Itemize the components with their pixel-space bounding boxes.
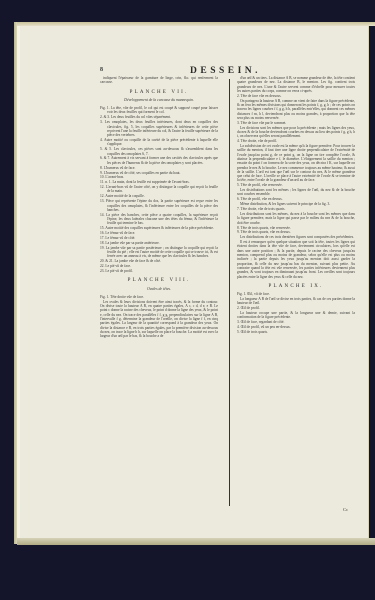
page-edge-top [17,22,375,26]
list-item: 20. & 21. La jambe vûe de face & de côté… [100,259,218,263]
list-item: 11. n. 1. La main, dont la feuille est s… [100,180,218,184]
plate-8-subtitle: Ovales de têtes. [100,287,218,291]
list-item: 5. & 5. Les clavicules, ces pièces sont … [100,147,218,156]
list-item: 8. Tête de trois quarts, vûe renversée. [237,226,355,230]
list-item: 2. Œil de profil. [237,306,355,310]
list-item: 19. La jambe vûe par sa partie postérieu… [100,246,218,259]
plate-8-entries: Fig. 1. Tête droite vûe de face. Les ova… [100,295,218,339]
plate-9-title: PLANCHE IX. [237,285,355,289]
list-item: Il est à remarquer qu'en quelque situati… [237,240,355,279]
catchword: Cc [343,507,348,512]
list-item: 14. La pièce des hanches, cette pièce a … [100,213,218,226]
list-item: 12. Autre moitié de la coquille. [100,194,218,198]
list-item: Les distributions de ces trois dernières… [237,235,355,239]
list-item: Fig. 1. Œil, vû de face. [237,292,355,296]
list-item: 5. Tête de profil, vûe renversée. [237,183,355,187]
list-item: Fig. 1. La tête, vûe de profil, le col q… [100,106,218,115]
list-item: 6. & 7. Autrement à vis servant à former… [100,156,218,165]
list-item: 9. Tête de trois quarts, vûe en dessus. [237,230,355,234]
list-item: La subdivision de cet ovale est la même … [237,144,355,183]
column-divider [229,79,230,506]
list-item: 15. Autre moitié des coquilles supérieur… [100,226,218,230]
list-item: 10. L'avant-bras. [100,175,218,179]
list-item: 4. Autre moitié ou coquille de la cavité… [100,138,218,147]
list-item: 4. Œil de profil, vû un peu en-dessus. [237,325,355,329]
list-item: 5. Œil de trois quarts. [237,330,355,334]
list-item: 18. La jambe vûe par sa partie antérieur… [100,241,218,245]
running-head: DESSEIN. [190,66,261,76]
list-item: 8. L'humerus vû de face. [100,166,218,170]
left-column: indiquent l'épaisseur de la garniture de… [100,76,218,339]
plate-7-entries: Fig. 1. La tête, vûe de profil, le col q… [100,106,218,273]
list-item: On partagera la hauteur A B, comme on vi… [237,99,355,120]
list-item: 3. Les omoplates, les deux feuilles inté… [100,120,218,137]
page-number: 8 [100,67,103,73]
list-item: 13. Pièce qui représente l'épine du dos,… [100,199,218,212]
list-item: Les ovales & leurs divisions doivent êtr… [100,300,218,339]
continued-text: d'un œil & un tiers. La distance A B, se… [237,76,355,93]
list-item: Les distributions sont les mêmes, du nez… [237,212,355,225]
list-item: 3. Tête de face vûe par le sommet. [237,121,355,125]
list-item: La hauteur occupe une partie, & la longu… [237,311,355,320]
list-item: 4. Tête droite, vûe de profil. [237,139,355,143]
list-item: 3. Œil de face, regardant de côté. [237,320,355,324]
plate-8-entries-continued: 2. Tête de face vûe en dessous. On parta… [237,94,355,279]
list-item: Les divisions sont les mêmes que pour la… [237,126,355,139]
list-item: Les distributions sont les mêmes ; les l… [237,188,355,197]
plate-7-title: PLANCHE VII. [100,91,218,95]
plate-7-subtitle: Développement de la carcasse du mannequi… [100,98,218,102]
page-edge-bottom [17,538,375,545]
list-item: 2. & 3. Les deux feuilles du col vûes sé… [100,115,218,119]
list-item: 12. L'avant-bras vû de l'autre côté, on … [100,185,218,194]
intro-text: indiquent l'épaisseur de la garniture de… [100,76,218,85]
list-item: 9. L'humerus vû de côté, ses coquilles e… [100,171,218,175]
list-item: 17. Le fémur vû de côté. [100,236,218,240]
list-item: 2. Tête de face vûe en dessous. [237,94,355,98]
list-item: Même distribution, & les lignes suivent … [237,202,355,206]
list-item: Fig. 1. Tête droite vûe de face. [100,295,218,299]
plate-8-title: PLANCHE VIII. [100,279,218,283]
list-item: 22. Le pié vû de face. [100,264,218,268]
list-item: 23. Le pié vû de profil. [100,269,218,273]
plate-9-entries: Fig. 1. Œil, vû de face. La longueur A B… [237,292,355,334]
list-item: 16. Le fémur vû de face. [100,231,218,235]
list-item: La longueur A B de l'œil se divise en tr… [237,297,355,306]
list-item: 6. Tête de profil, vûe en dessus. [237,197,355,201]
right-column: d'un œil & un tiers. La distance A B, se… [237,76,355,335]
list-item: 7. Tête droite, vûe de trois quarts. [237,207,355,211]
